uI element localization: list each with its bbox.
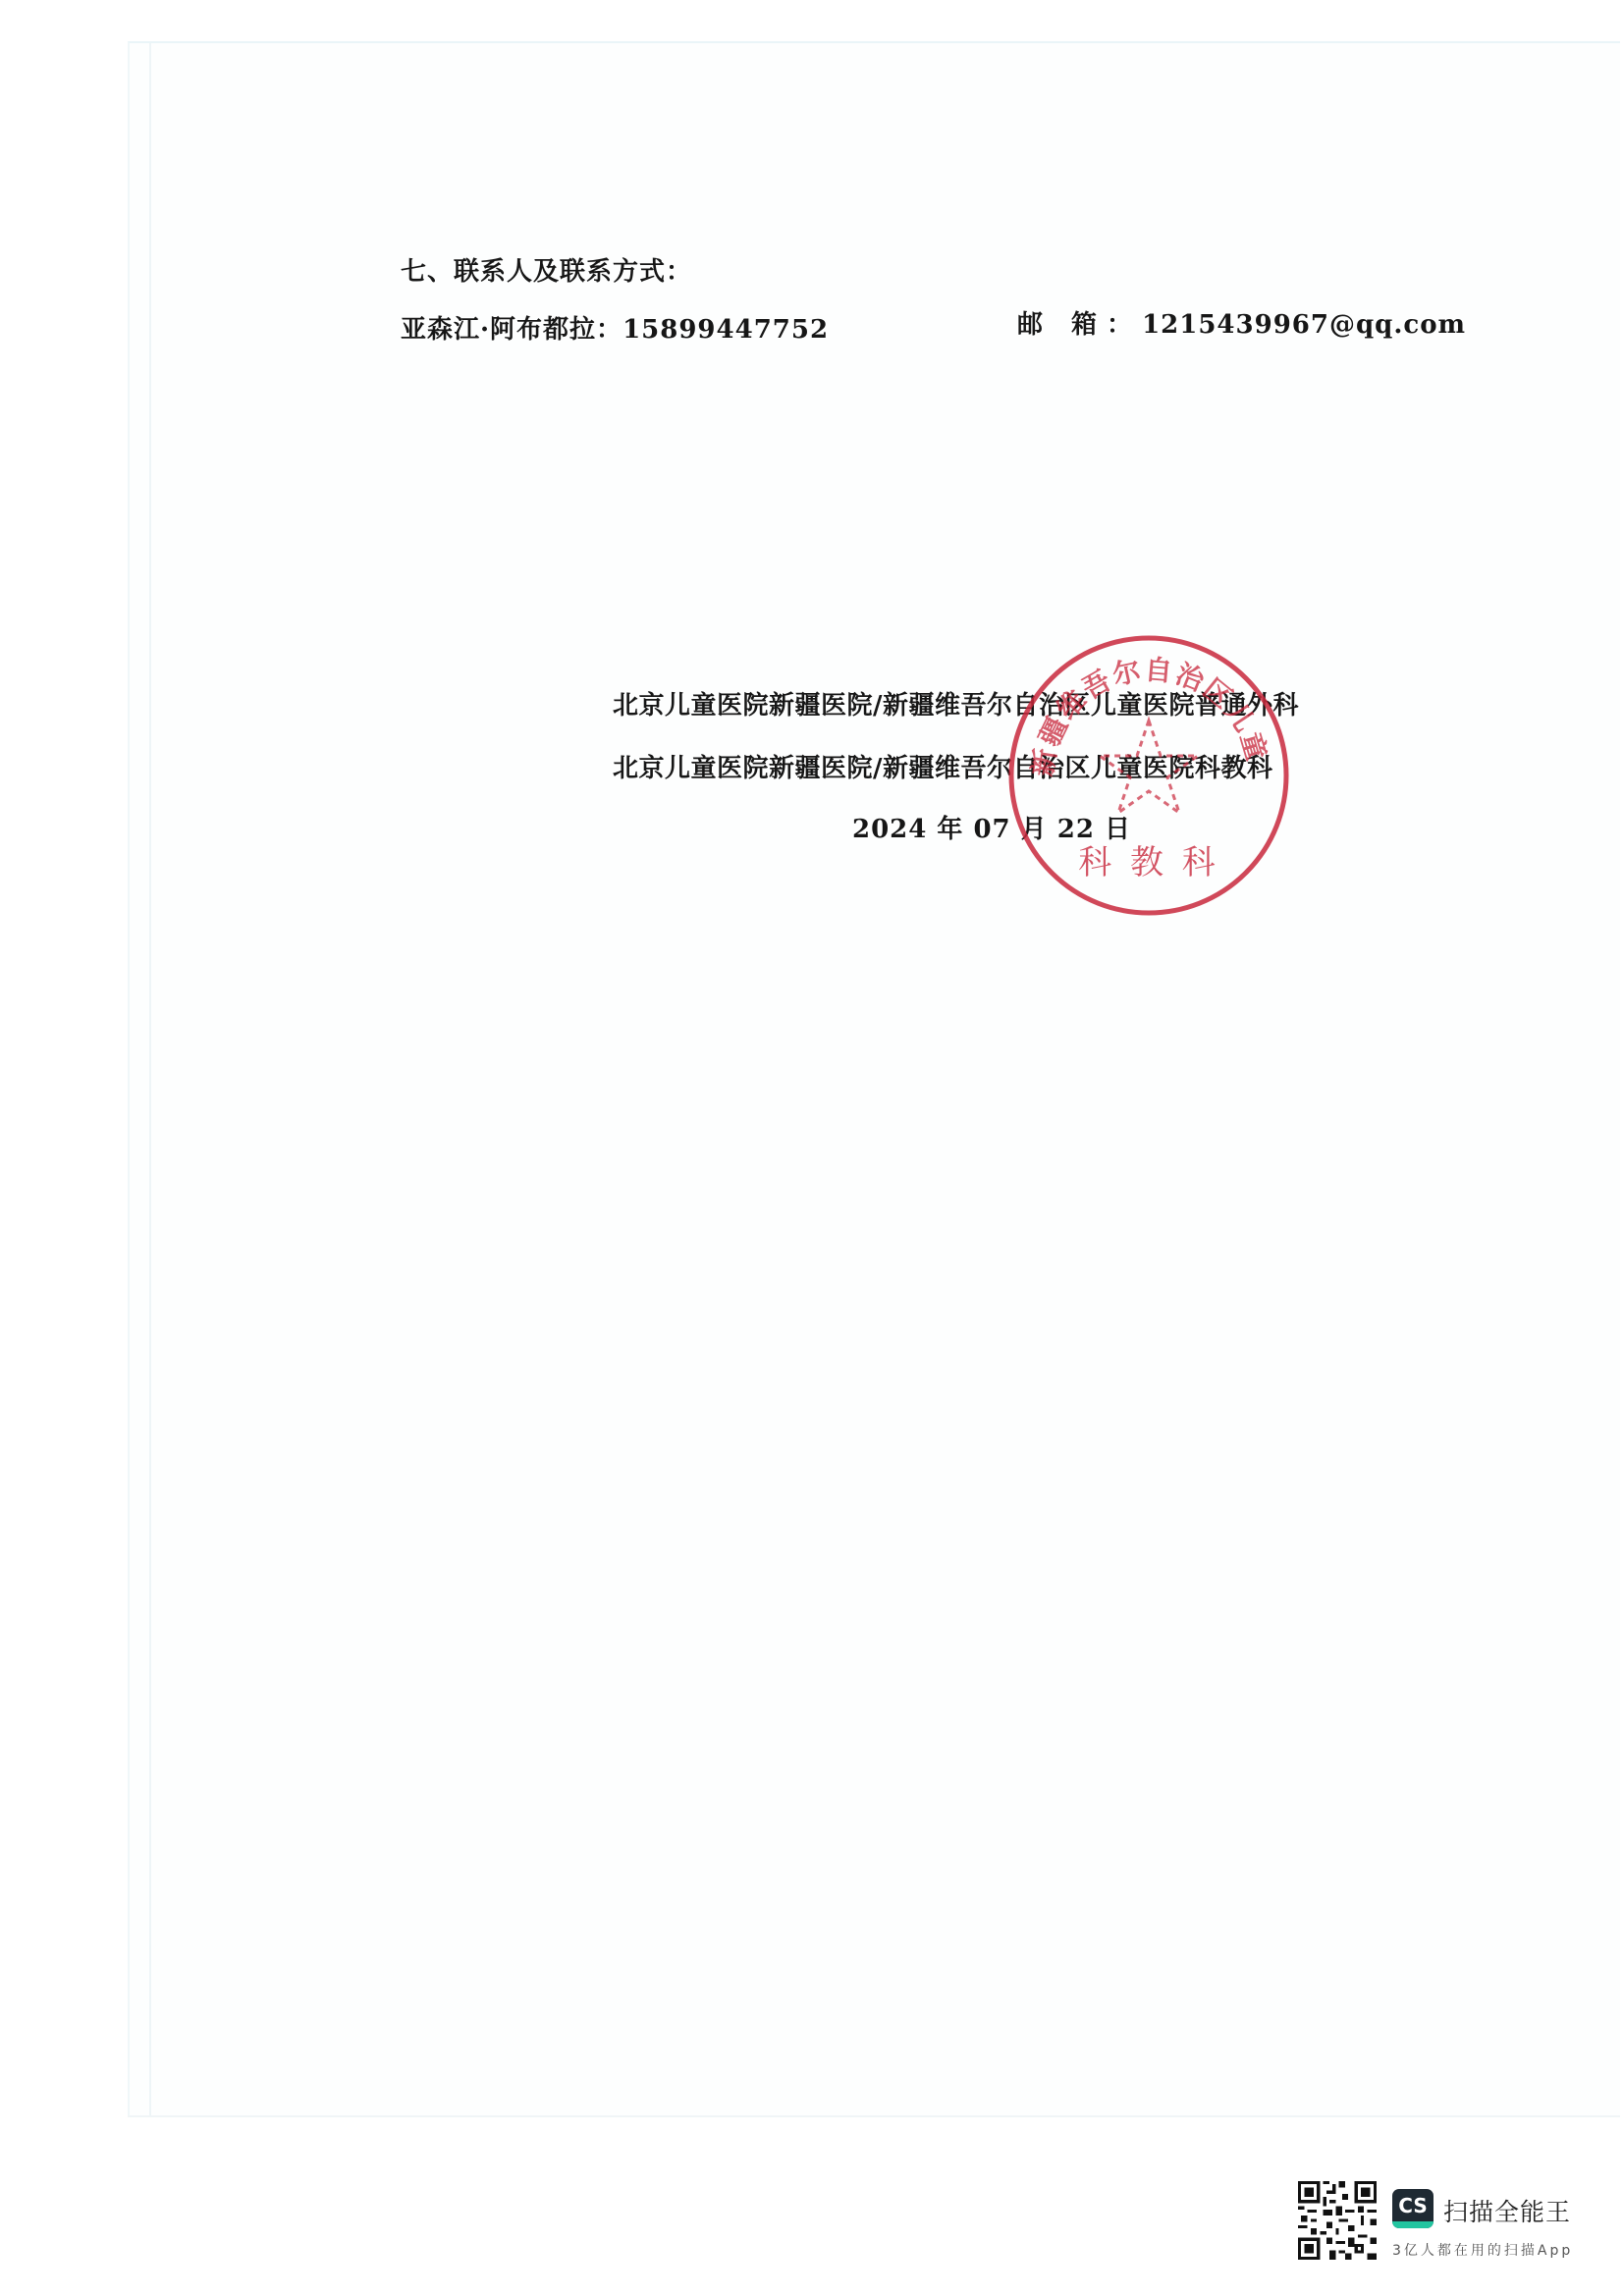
signing-department-2: 北京儿童医院新疆医院/新疆维吾尔自治区儿童医院科教科 xyxy=(613,748,1273,784)
scanner-app-watermark: CS 扫描全能王 3亿人都在用的扫描App xyxy=(1298,2181,1602,2269)
logo-text: CS xyxy=(1398,2194,1427,2217)
qr-code-icon xyxy=(1298,2181,1377,2260)
section-title: 七、联系人及联系方式： xyxy=(401,251,692,288)
scan-fold-line xyxy=(149,43,151,2115)
signing-department-1: 北京儿童医院新疆医院/新疆维吾尔自治区儿童医院普通外科 xyxy=(613,685,1299,721)
signing-date: 2024 年 07 月 22 日 xyxy=(852,809,1131,845)
contact-name-label: 亚森江·阿布都拉： xyxy=(401,315,622,345)
scanned-page xyxy=(128,41,1620,2115)
camscanner-logo-icon: CS xyxy=(1392,2189,1434,2228)
app-name: 扫描全能王 xyxy=(1443,2193,1571,2228)
email-label: 邮 箱： xyxy=(1017,310,1142,340)
contact-person: 亚森江·阿布都拉：15899447752 xyxy=(401,309,829,346)
contact-phone: 15899447752 xyxy=(622,315,829,345)
app-slogan: 3亿人都在用的扫描App xyxy=(1392,2240,1573,2260)
logo-accent-bar xyxy=(1392,2221,1434,2228)
contact-email-line: 邮 箱：1215439967@qq.com xyxy=(1017,304,1466,341)
contact-email: 1215439967@qq.com xyxy=(1142,310,1466,340)
